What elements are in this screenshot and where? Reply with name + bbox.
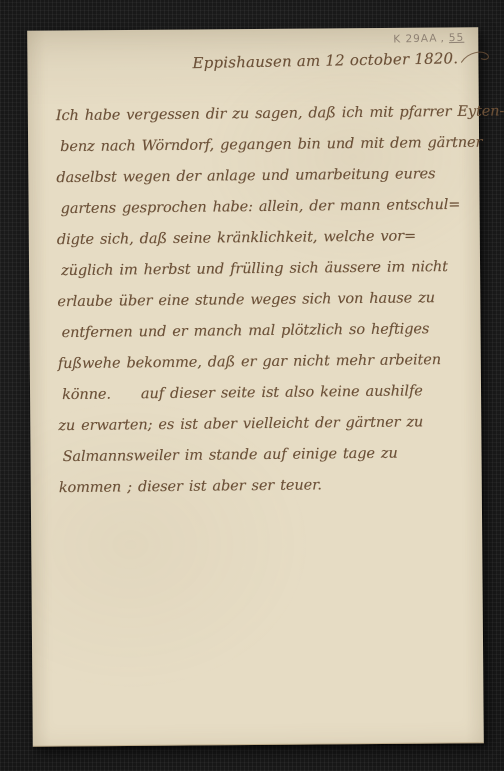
dateline: Eppishausen am 12 october 1820. (192, 49, 494, 73)
dateline-flourish-icon (460, 49, 494, 66)
letter-line: digte sich, daß seine kränklichkeit, wel… (57, 221, 471, 256)
archival-code: K 29AA (393, 32, 438, 45)
letter-line: kommen ; dieser ist aber ser teuer. (59, 469, 473, 504)
letter-line: benz nach Wörndorf, gegangen bin und mit… (56, 128, 470, 163)
archival-number: 55 (449, 32, 465, 44)
letter-body: Ich habe vergessen dir zu sagen, daß ich… (56, 97, 473, 503)
letter-line: erlaube über eine stunde weges sich von … (57, 283, 471, 318)
letter-line: gartens gesprochen habe: allein, der man… (56, 190, 470, 225)
letter-line: zu erwarten; es ist aber vielleicht der … (58, 407, 472, 442)
letter-line: Ich habe vergessen dir zu sagen, daß ich… (56, 97, 470, 132)
letter-line: fußwehe bekomme, daß er gar nicht mehr a… (58, 345, 472, 380)
letter-line: Salmannsweiler im stande auf einige tage… (58, 438, 472, 473)
letter-line: daselbst wegen der anlage und umarbeitun… (56, 159, 470, 194)
letter-line: züglich im herbst und frülling sich äuss… (57, 252, 471, 287)
photo-mount-background: K 29AA,55 Eppishausen am 12 october 1820… (0, 0, 504, 771)
letter-line: entfernen und er manch mal plötzlich so … (57, 314, 471, 349)
dateline-text: Eppishausen am 12 october 1820. (192, 49, 458, 72)
archival-annotation: K 29AA,55 (393, 32, 464, 46)
letter-line: könne. auf dieser seite ist also keine a… (58, 376, 472, 411)
letter-sheet: K 29AA,55 Eppishausen am 12 october 1820… (27, 27, 484, 747)
archival-separator: , (440, 32, 445, 44)
